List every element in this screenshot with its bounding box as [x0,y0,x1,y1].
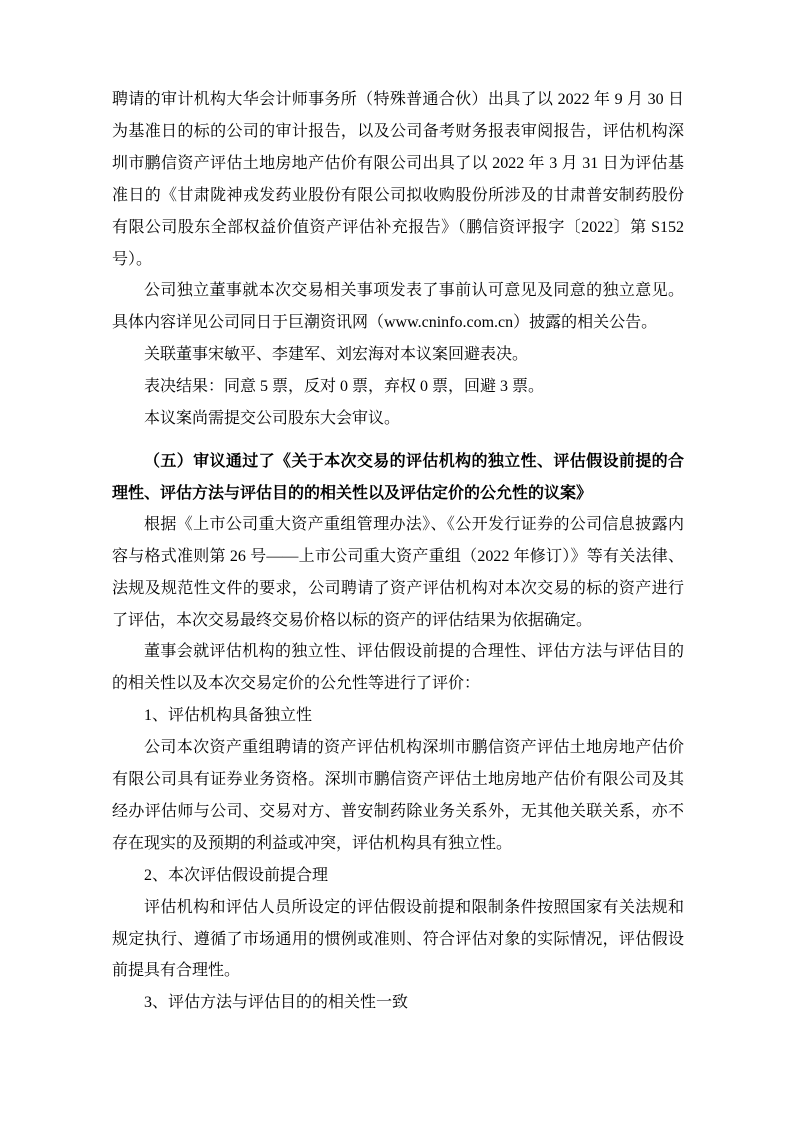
list-item-1-independence-title: 1、评估机构具备独立性 [112,700,684,732]
paragraph-appraiser-independence: 公司本次资产重组聘请的资产评估机构深圳市鹏信资产评估土地房地产估价有限公司具有证… [112,732,684,860]
paragraph-board-evaluation-intro: 董事会就评估机构的独立性、评估假设前提的合理性、评估方法与评估目的的相关性以及本… [112,636,684,700]
paragraph-vote-result: 表决结果：同意 5 票，反对 0 票，弃权 0 票，回避 3 票。 [112,371,684,403]
paragraph-related-directors-abstention: 关联董事宋敏平、李建军、刘宏海对本议案回避表决。 [112,339,684,371]
paragraph-independent-directors-opinion: 公司独立董事就本次交易相关事项发表了事前认可意见及同意的独立意见。具体内容详见公… [112,275,684,339]
document-page: 聘请的审计机构大华会计师事务所（特殊普通合伙）出具了以 2022 年 9 月 3… [0,0,793,1122]
paragraph-audit-evaluation-reports: 聘请的审计机构大华会计师事务所（特殊普通合伙）出具了以 2022 年 9 月 3… [112,84,684,275]
paragraph-assumptions-reasonable: 评估机构和评估人员所设定的评估假设前提和限制条件按照国家有关法规和规定执行、遵循… [112,892,684,988]
list-item-2-assumptions-title: 2、本次评估假设前提合理 [112,860,684,892]
section-heading-item-5: （五）审议通过了《关于本次交易的评估机构的独立性、评估假设前提的合理性、评估方法… [112,445,684,509]
paragraph-legal-basis: 根据《上市公司重大资产重组管理办法》、《公开发行证券的公司信息披露内容与格式准则… [112,509,684,637]
list-item-3-method-relevance-title: 3、评估方法与评估目的的相关性一致 [112,987,684,1019]
document-content: 聘请的审计机构大华会计师事务所（特殊普通合伙）出具了以 2022 年 9 月 3… [112,84,684,1019]
paragraph-submit-to-shareholders: 本议案尚需提交公司股东大会审议。 [112,403,684,435]
